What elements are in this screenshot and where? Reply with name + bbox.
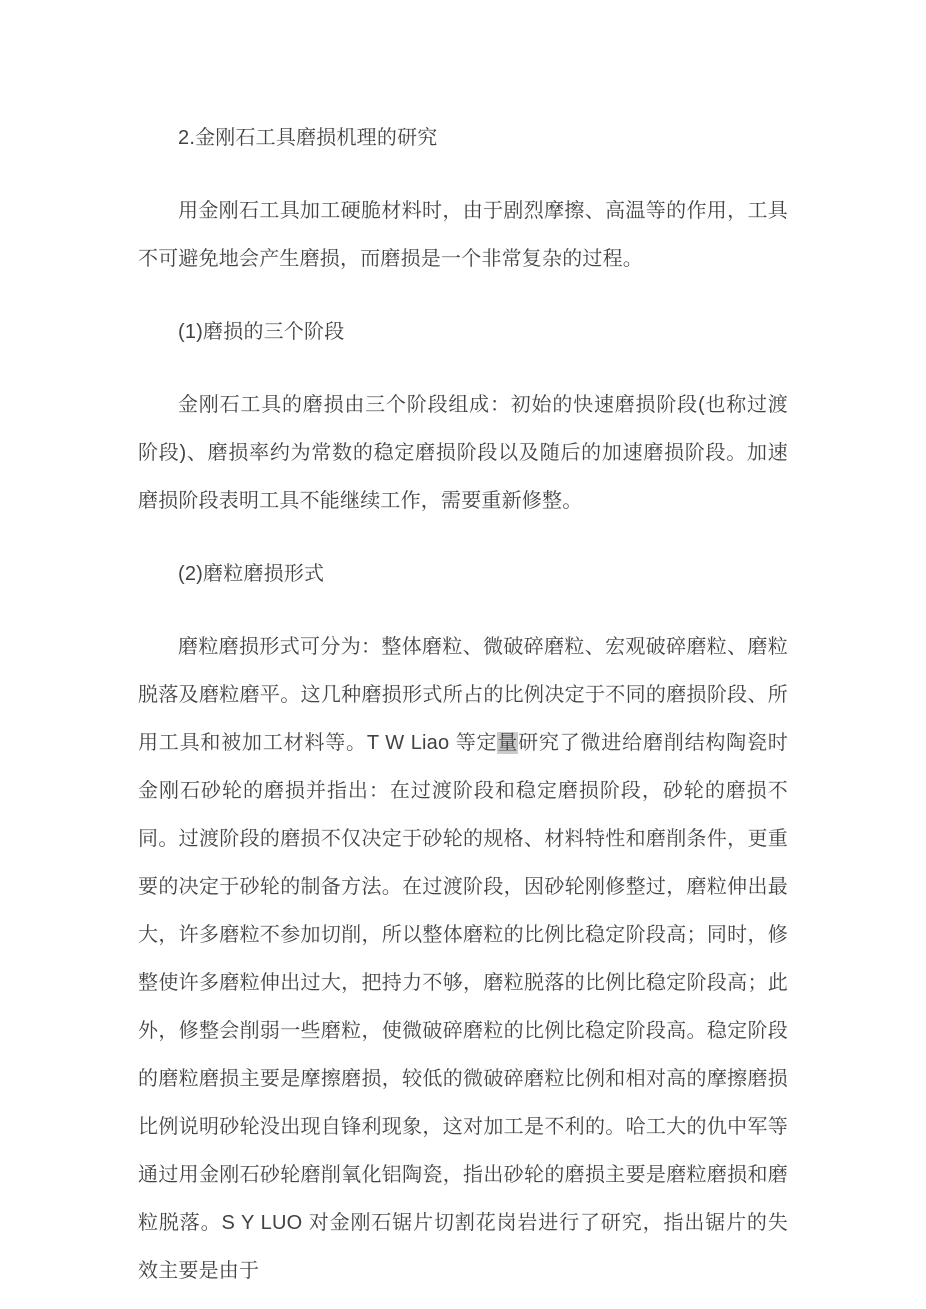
article-body: 2.金刚石工具磨损机理的研究 用金刚石工具加工硬脆材料时，由于剧烈摩擦、高温等的… — [0, 0, 788, 1295]
document-page: 2.金刚石工具磨损机理的研究 用金刚石工具加工硬脆材料时，由于剧烈摩擦、高温等的… — [0, 0, 926, 1309]
wear-forms-text-after: 研究了微进给磨削结构陶瓷时金刚石砂轮的磨损并指出：在过渡阶段和稳定磨损阶段，砂轮… — [138, 732, 788, 1282]
highlighted-character: 量 — [497, 732, 518, 754]
paragraph-wear-forms: 磨粒磨损形式可分为：整体磨粒、微破碎磨粒、宏观破碎磨粒、磨粒脱落及磨粒磨平。这几… — [138, 623, 788, 1295]
paragraph-intro: 用金刚石工具加工硬脆材料时，由于剧烈摩擦、高温等的作用，工具不可避免地会产生磨损… — [138, 187, 788, 283]
section-heading: 2.金刚石工具磨损机理的研究 — [138, 114, 788, 162]
subsection-heading-wear-forms: (2)磨粒磨损形式 — [138, 550, 788, 598]
subsection-heading-wear-stages: (1)磨损的三个阶段 — [138, 308, 788, 356]
paragraph-wear-stages: 金刚石工具的磨损由三个阶段组成：初始的快速磨损阶段(也称过渡阶段)、磨损率约为常… — [138, 381, 788, 525]
